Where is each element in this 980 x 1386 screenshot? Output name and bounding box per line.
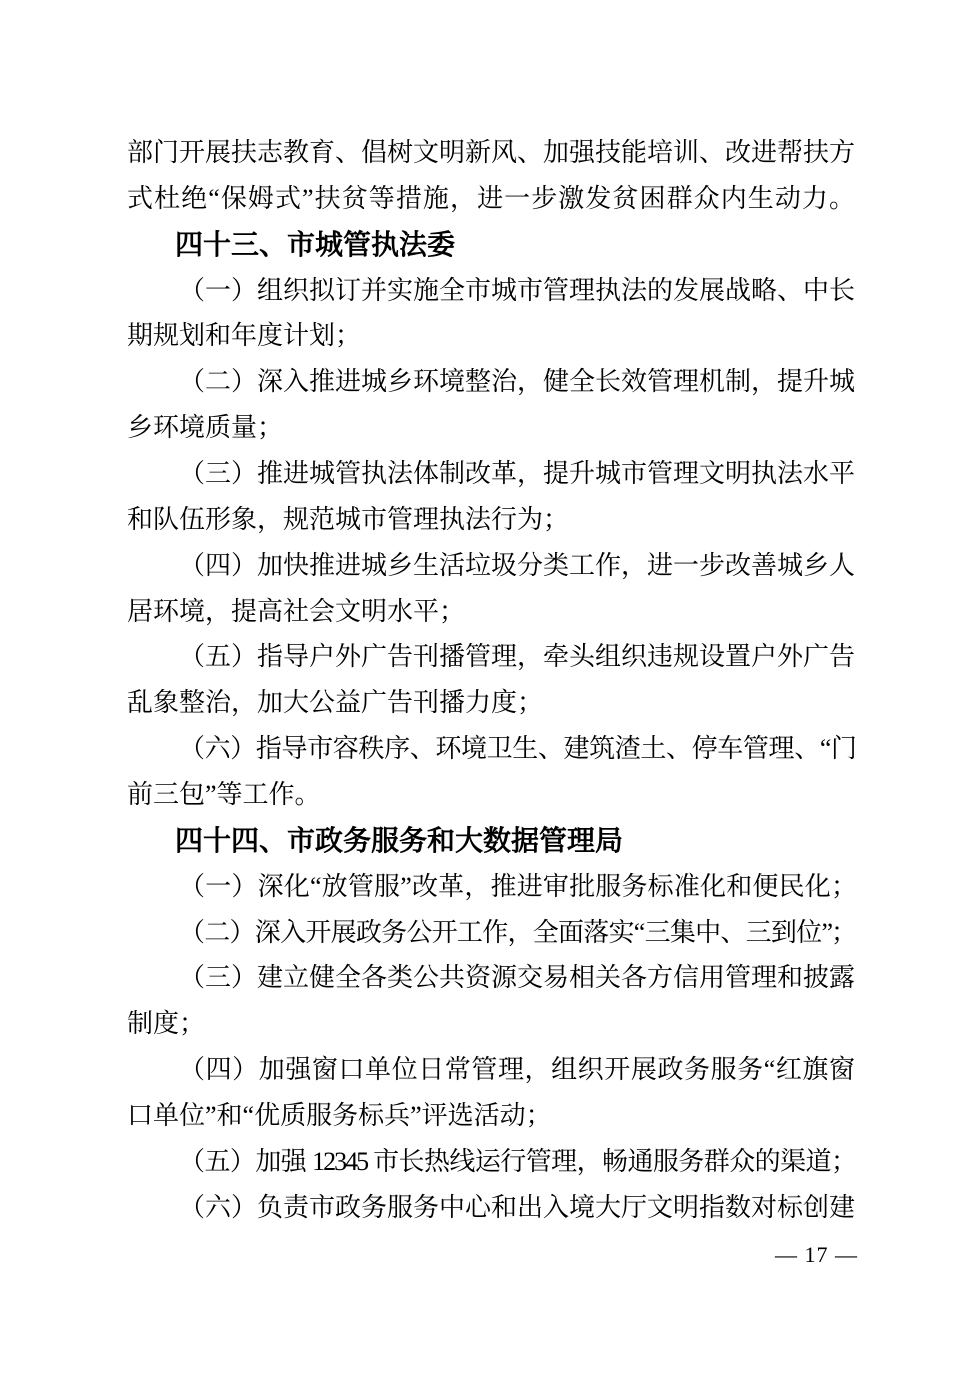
body-line: （三）推进城管执法体制改革，提升城市管理文明执法水平	[127, 451, 855, 497]
body-line: 制度；	[127, 1001, 855, 1047]
body-line: （二）深入开展政务公开工作，全面落实“三集中、三到位”；	[127, 910, 855, 956]
body-line: （五）加强 12345 市长热线运行管理，畅通服务群众的渠道；	[127, 1139, 855, 1185]
body-line: （一）组织拟订并实施全市城市管理执法的发展战略、中长	[127, 268, 855, 314]
body-line: 乡环境质量；	[127, 405, 855, 451]
body-line: 期规划和年度计划；	[127, 313, 855, 359]
body-line: 式杜绝“保姆式”扶贫等措施，进一步激发贫困群众内生动力。	[127, 176, 855, 222]
body-line: 乱象整治，加大公益广告刊播力度；	[127, 680, 855, 726]
body-line: 居环境，提高社会文明水平；	[127, 589, 855, 635]
body-line: （一）深化“放管服”改革，推进审批服务标准化和便民化；	[127, 864, 855, 910]
document-page: 部门开展扶志教育、倡树文明新风、加强技能培训、改进帮扶方 式杜绝“保姆式”扶贫等…	[0, 0, 980, 1386]
body-line: （五）指导户外广告刊播管理，牵头组织违规设置户外广告	[127, 634, 855, 680]
body-line: 口单位”和“优质服务标兵”评选活动；	[127, 1093, 855, 1139]
body-line: （六）指导市容秩序、环境卫生、建筑渣土、停车管理、“门	[127, 726, 855, 772]
body-line: 和队伍形象，规范城市管理执法行为；	[127, 497, 855, 543]
page-number: — 17 —	[775, 1242, 858, 1268]
body-line: （四）加快推进城乡生活垃圾分类工作，进一步改善城乡人	[127, 543, 855, 589]
body-line: （四）加强窗口单位日常管理，组织开展政务服务“红旗窗	[127, 1047, 855, 1093]
body-line: 部门开展扶志教育、倡树文明新风、加强技能培训、改进帮扶方	[127, 130, 855, 176]
section-heading: 四十三、市城管执法委	[127, 222, 855, 268]
body-line: （三）建立健全各类公共资源交易相关各方信用管理和披露	[127, 955, 855, 1001]
section-heading: 四十四、市政务服务和大数据管理局	[127, 818, 855, 864]
body-line: （六）负责市政务服务中心和出入境大厅文明指数对标创建	[127, 1185, 855, 1231]
document-body: 部门开展扶志教育、倡树文明新风、加强技能培训、改进帮扶方 式杜绝“保姆式”扶贫等…	[127, 130, 855, 1231]
body-line: 前三包”等工作。	[127, 772, 855, 818]
body-line: （二）深入推进城乡环境整治，健全长效管理机制，提升城	[127, 359, 855, 405]
